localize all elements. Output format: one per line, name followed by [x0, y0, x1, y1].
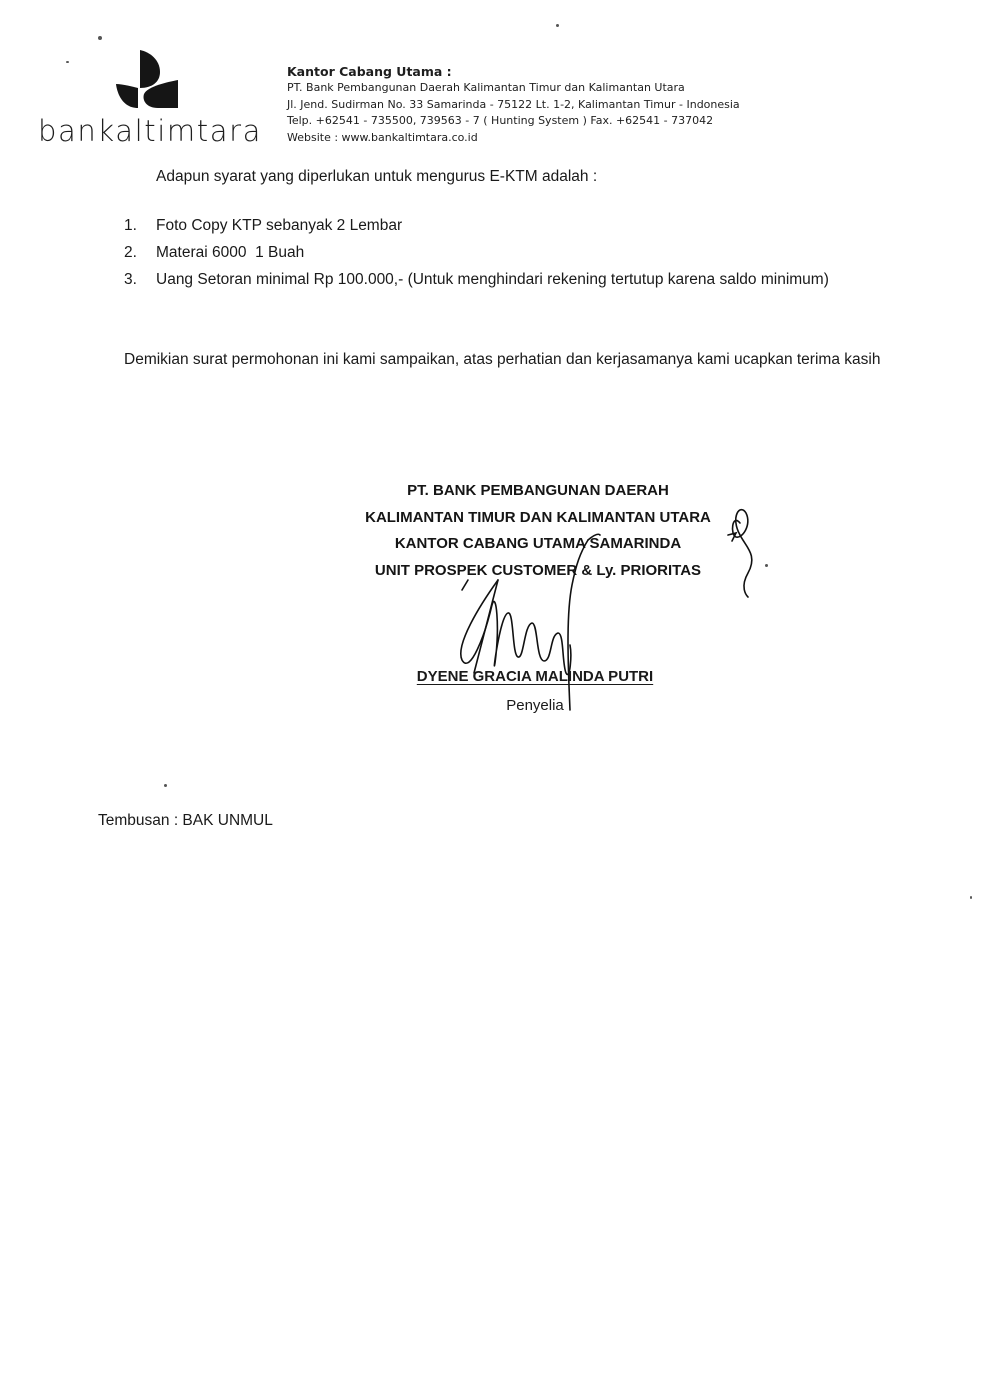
list-text: Uang Setoran minimal Rp 100.000,- (Untuk… — [156, 271, 829, 288]
list-item: 3. Uang Setoran minimal Rp 100.000,- (Un… — [124, 266, 916, 293]
letterhead: Kantor Cabang Utama : PT. Bank Pembangun… — [287, 64, 740, 146]
scan-speck — [556, 24, 559, 27]
letterhead-website: Website : www.bankaltimtara.co.id — [287, 130, 740, 147]
bank-wordmark: bankaltimtara — [38, 114, 262, 148]
scan-speck — [164, 784, 167, 787]
requirements-list: 1. Foto Copy KTP sebanyak 2 Lembar 2. Ma… — [124, 212, 916, 293]
signer-title: Penyelia — [300, 697, 770, 714]
letterhead-title: Kantor Cabang Utama : — [287, 64, 740, 80]
list-text: Foto Copy KTP sebanyak 2 Lembar — [156, 217, 402, 234]
list-number: 2. — [124, 239, 137, 266]
scan-speck — [970, 896, 972, 899]
scan-speck — [98, 36, 102, 40]
letterhead-company: PT. Bank Pembangunan Daerah Kalimantan T… — [287, 80, 740, 97]
list-text: Materai 6000 1 Buah — [156, 244, 304, 261]
scan-speck — [765, 564, 768, 567]
signer-name: DYENE GRACIA MALINDA PUTRI — [300, 668, 770, 685]
intro-paragraph: Adapun syarat yang diperlukan untuk meng… — [156, 168, 597, 186]
list-number: 3. — [124, 266, 137, 293]
closing-paragraph: Demikian surat permohonan ini kami sampa… — [93, 346, 916, 373]
list-number: 1. — [124, 212, 137, 239]
list-item: 2. Materai 6000 1 Buah — [124, 239, 916, 266]
list-item: 1. Foto Copy KTP sebanyak 2 Lembar — [124, 212, 916, 239]
handwritten-signature-icon — [440, 495, 770, 720]
scan-speck — [66, 61, 69, 63]
letterhead-phone: Telp. +62541 - 735500, 739563 - 7 ( Hunt… — [287, 113, 740, 130]
letterhead-address: Jl. Jend. Sudirman No. 33 Samarinda - 75… — [287, 97, 740, 114]
bankaltimtara-logo-icon — [112, 48, 182, 110]
tembusan-cc: Tembusan : BAK UNMUL — [98, 812, 273, 830]
